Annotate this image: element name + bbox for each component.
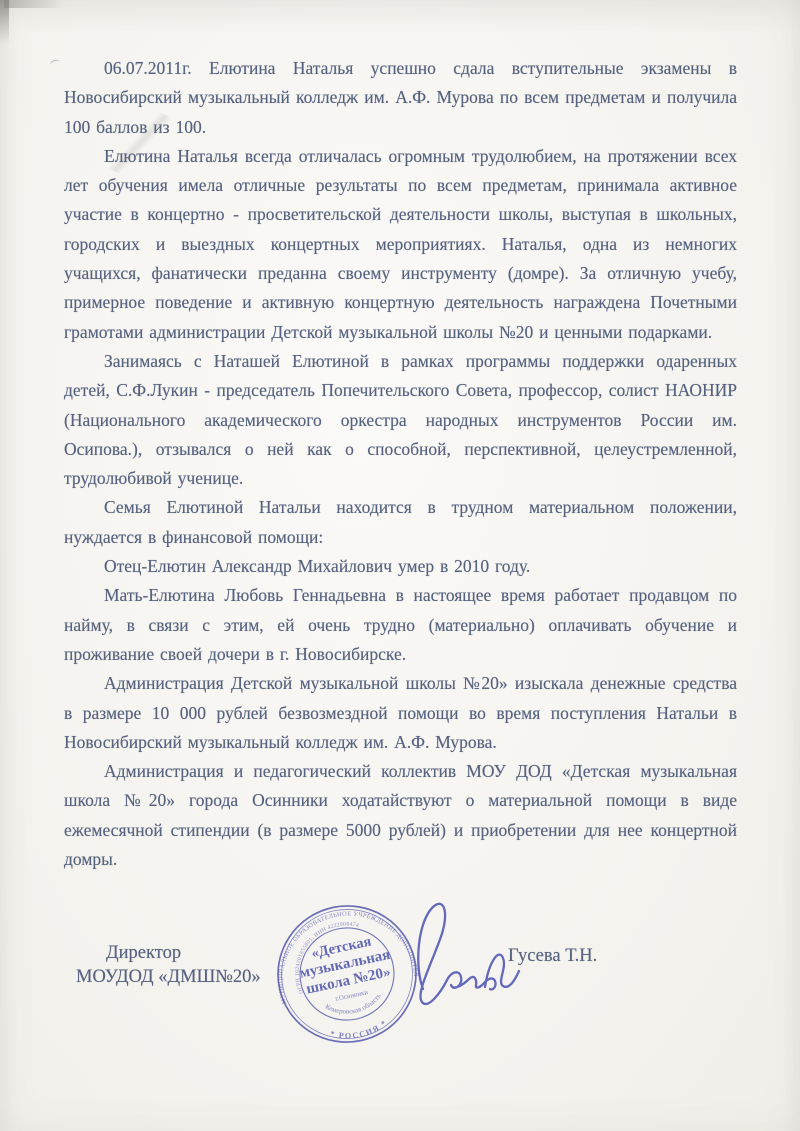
paragraph: Мать-Елютина Любовь Геннадьевна в настоя… — [64, 581, 737, 669]
document-body: 06.07.2011г. Елютина Наталья успешно сда… — [0, 0, 800, 874]
paragraph: Занимаясь с Наташей Елютиной в рамках пр… — [64, 347, 737, 493]
paragraph: Администрация Детской музыкальной школы … — [64, 669, 737, 757]
director-organization: МОУДОД «ДМШ№20» — [76, 966, 261, 990]
director-title: Директор — [106, 942, 261, 966]
paragraph: Отец-Елютин Александр Михайлович умер в … — [64, 552, 737, 581]
stamp-city-text: г.Осинники — [335, 989, 369, 1003]
paragraph: Елютина Наталья всегда отличалась огромн… — [64, 142, 737, 347]
handwritten-signature — [393, 893, 525, 1021]
signature-strokes — [393, 893, 525, 1021]
paragraph: Администрация и педагогический коллектив… — [64, 757, 737, 874]
scanned-document-page: 06.07.2011г. Елютина Наталья успешно сда… — [0, 0, 800, 1131]
paragraph: 06.07.2011г. Елютина Наталья успешно сда… — [64, 54, 737, 142]
paragraph: Семья Елютиной Натальи находится в трудн… — [64, 493, 737, 552]
signature-block-left: Директор МОУДОД «ДМШ№20» — [76, 942, 261, 989]
